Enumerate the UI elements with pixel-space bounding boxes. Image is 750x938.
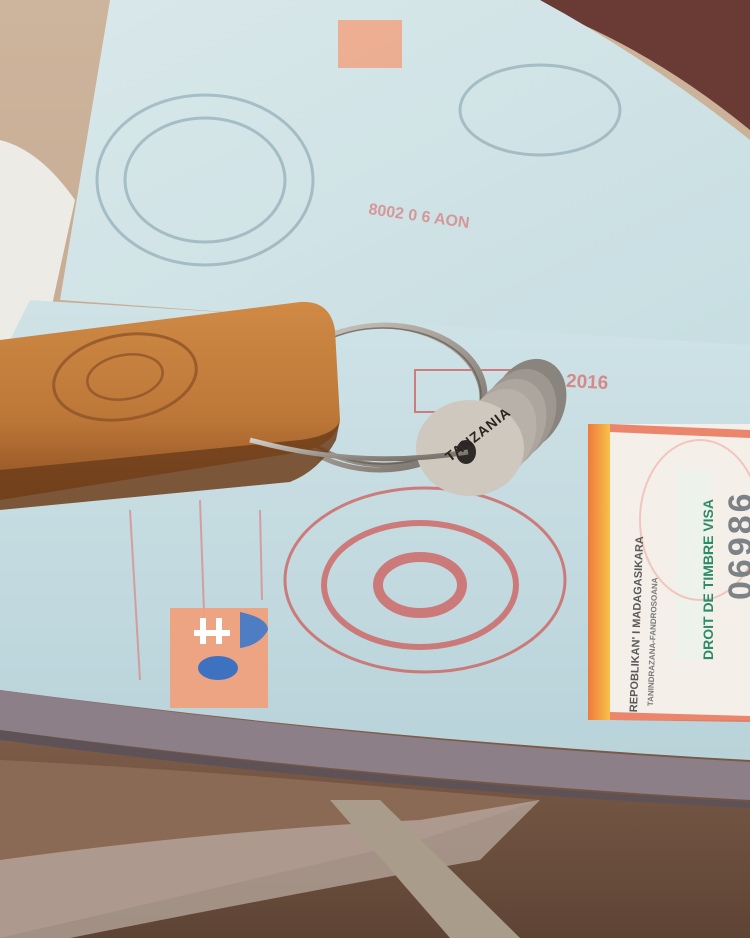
visa-number: 06986	[722, 490, 750, 600]
stamp-year: 2016	[565, 371, 608, 395]
product-photo: 8002 0 6 AON	[0, 0, 750, 938]
visa-title: DROIT DE TIMBRE VISA	[700, 499, 716, 660]
photo-illustration: 8002 0 6 AON	[0, 0, 750, 938]
stamp-orange-top	[338, 20, 402, 68]
